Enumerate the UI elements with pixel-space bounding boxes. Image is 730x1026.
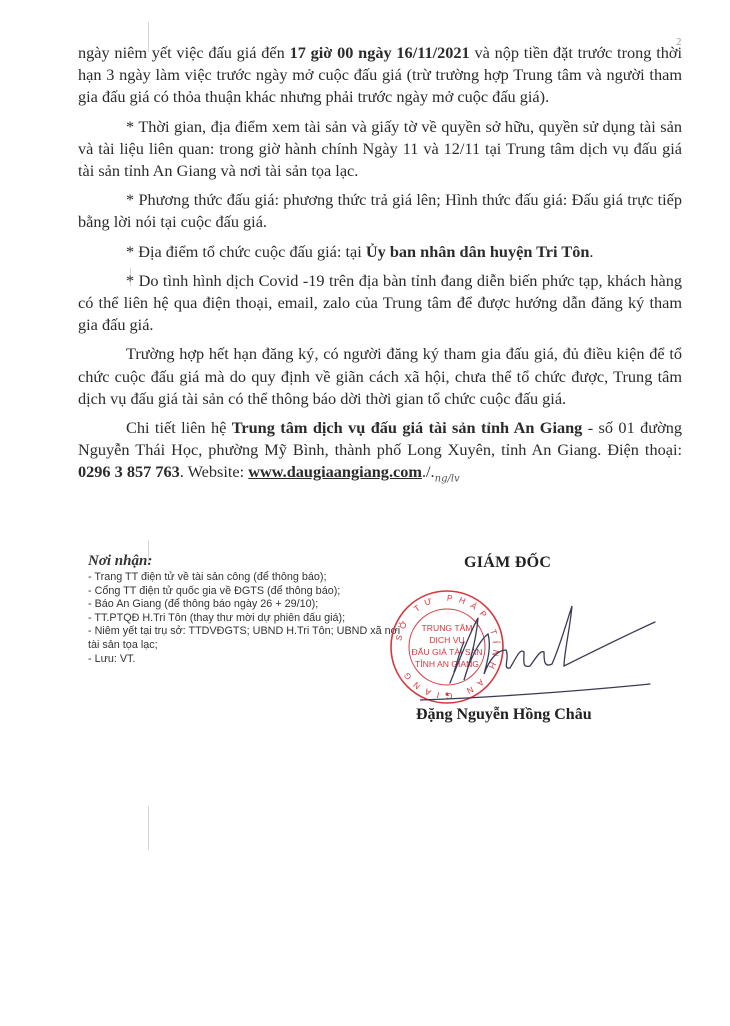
emphasis-text: 0296 3 857 763 — [78, 462, 180, 481]
body-text-segment: * Phương thức đấu giá: phương thức trả g… — [78, 190, 682, 231]
emphasis-text: 17 giờ 00 ngày 16/11/2021 — [290, 43, 470, 62]
body-paragraph: Trường hợp hết hạn đăng ký, có người đăn… — [78, 343, 682, 410]
body-text-segment: * Do tình hình dịch Covid -19 trên địa b… — [78, 271, 682, 334]
handwritten-signature-icon — [420, 588, 660, 708]
recipients-block: Nơi nhận: - Trang TT điện tử về tài sản … — [88, 553, 408, 666]
body-paragraph: Chi tiết liên hệ Trung tâm dịch vụ đấu g… — [78, 417, 682, 491]
body-paragraph: * Thời gian, địa điểm xem tài sản và giấ… — [78, 116, 682, 183]
body-paragraph: * Địa điểm tổ chức cuộc đấu giá: tại Ủy … — [78, 241, 682, 263]
emphasis-text: Ủy ban nhân dân huyện Tri Tôn — [366, 242, 590, 261]
body-text-segment: * Địa điểm tổ chức cuộc đấu giá: tại — [126, 242, 366, 261]
body-text-segment: . Website: — [180, 462, 248, 481]
document-body: ngày niêm yết việc đấu giá đến 17 giờ 00… — [78, 42, 682, 498]
body-text-segment: . — [589, 242, 593, 261]
body-paragraph: ngày niêm yết việc đấu giá đến 17 giờ 00… — [78, 42, 682, 109]
body-text-segment: ./. — [422, 462, 435, 481]
recipient-item: - Niêm yết tại trụ sở: TTDVĐGTS; UBND H.… — [88, 625, 408, 652]
signature-block: GIÁM ĐỐC SỞ TƯ PHÁP TỈNH AN GIANG TRUNG … — [380, 548, 680, 738]
director-title: GIÁM ĐỐC — [464, 554, 551, 572]
body-text-segment: ngày niêm yết việc đấu giá đến — [78, 43, 290, 62]
recipient-item: - Báo An Giang (để thông báo ngày 26 + 2… — [88, 598, 408, 612]
body-paragraph: * Do tình hình dịch Covid -19 trên địa b… — [78, 270, 682, 337]
emphasis-text: Trung tâm dịch vụ đấu giá tài sản tỉnh A… — [232, 418, 583, 437]
website-link[interactable]: www.daugiaangiang.com — [248, 462, 422, 481]
recipients-title: Nơi nhận: — [88, 553, 408, 570]
recipient-item: - Lưu: VT. — [88, 653, 408, 667]
body-text-segment: * Thời gian, địa điểm xem tài sản và giấ… — [78, 117, 682, 180]
scan-artifact-line — [148, 806, 149, 850]
body-text-segment: Trường hợp hết hạn đăng ký, có người đăn… — [78, 344, 682, 407]
recipients-list: - Trang TT điện tử về tài sản công (để t… — [88, 571, 408, 666]
handwritten-initials: ng/lv — [435, 474, 460, 485]
body-text-segment: Chi tiết liên hệ — [126, 418, 232, 437]
recipient-item: - Trang TT điện tử về tài sản công (để t… — [88, 571, 408, 585]
director-name: Đặng Nguyễn Hồng Châu — [416, 706, 592, 724]
recipient-item: - TT.PTQĐ H.Tri Tôn (thay thư mời dự phi… — [88, 612, 408, 626]
body-paragraph: * Phương thức đấu giá: phương thức trả g… — [78, 189, 682, 233]
recipient-item: - Cổng TT điện tử quốc gia về ĐGTS (để t… — [88, 585, 408, 599]
